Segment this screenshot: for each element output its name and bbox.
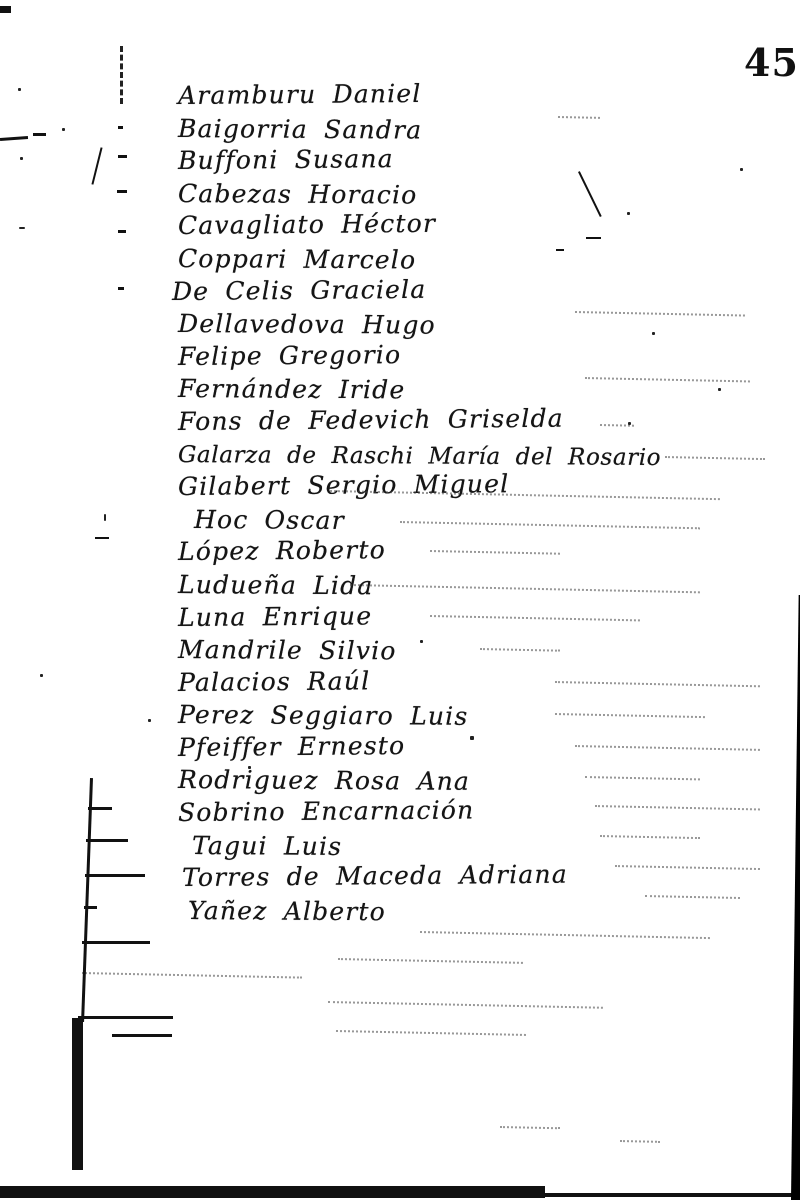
- scan-artifact-line: [82, 972, 302, 979]
- handwritten-name-list: Aramburu Daniel Baigorria Sandra Buffoni…: [178, 80, 738, 927]
- scan-artifact-line: [420, 931, 710, 939]
- scan-artifact-line: [328, 1001, 603, 1009]
- handwritten-name-25: Torres de Maceda Adriana: [182, 857, 738, 894]
- handwritten-name-23: Sobrino Encarnación: [178, 792, 738, 829]
- scan-artifact: [40, 674, 43, 677]
- handwritten-name-7: De Celis Graciela: [172, 271, 738, 309]
- handwritten-name-11: Fons de Fedevich Griselda: [178, 401, 738, 438]
- scan-artifact: [628, 422, 631, 425]
- handwritten-name-3: Buffoni Susana: [178, 140, 738, 177]
- scan-artifact: [104, 514, 106, 521]
- scan-artifact: [112, 1034, 172, 1037]
- scan-artifact-line: [338, 958, 523, 964]
- scan-artifact: [82, 941, 150, 944]
- handwritten-name-26: Yañez Alberto: [188, 895, 738, 931]
- scan-artifact: [118, 155, 127, 158]
- handwritten-name-1: Aramburu Daniel: [178, 75, 738, 112]
- scan-artifact: [118, 126, 123, 129]
- scan-artifact: [62, 128, 65, 131]
- scan-artifact: [120, 46, 123, 104]
- scan-artifact: [88, 807, 112, 810]
- scan-artifact: [72, 1018, 83, 1170]
- scan-artifact: [81, 778, 93, 1022]
- handwritten-name-19: Palacios Raúl: [178, 662, 738, 699]
- scan-artifact-line: [336, 1030, 526, 1036]
- page-number: 45: [744, 40, 799, 85]
- scan-artifact: [95, 537, 109, 539]
- scan-artifact: [0, 6, 11, 13]
- scan-artifact: [740, 168, 743, 171]
- scan-artifact: [420, 640, 423, 643]
- scan-artifact: [78, 1016, 173, 1019]
- scanned-page: 45 Aramburu Daniel Baigorria Sandra Buff…: [0, 0, 800, 1200]
- scan-artifact: [118, 230, 126, 233]
- scan-artifact-right-edge: [791, 595, 800, 1200]
- handwritten-name-5: Cavagliato Héctor: [178, 205, 738, 242]
- scan-artifact: [20, 157, 23, 160]
- scan-artifact: [470, 736, 474, 740]
- handwritten-name-9: Felipe Gregorio: [178, 336, 738, 373]
- scan-artifact: [118, 287, 124, 290]
- scan-artifact: [652, 332, 655, 335]
- scan-artifact: [91, 147, 102, 184]
- scan-artifact: [19, 227, 25, 229]
- scan-artifact: [117, 190, 127, 193]
- scan-artifact: [586, 237, 601, 239]
- scan-artifact: [84, 906, 97, 909]
- scan-artifact: [627, 212, 630, 215]
- scan-artifact: [148, 719, 151, 722]
- scan-artifact: [556, 249, 564, 251]
- scan-artifact: [18, 88, 21, 91]
- scan-artifact-line: [620, 1140, 660, 1143]
- scan-artifact: [33, 133, 46, 136]
- scan-artifact: [718, 388, 721, 391]
- scan-artifact-bottom-bar: [450, 1193, 800, 1197]
- scan-artifact-line: [500, 1126, 560, 1129]
- scan-artifact: [85, 874, 145, 877]
- scan-artifact: [86, 839, 128, 842]
- scan-artifact: [0, 136, 28, 141]
- scan-artifact: [248, 766, 251, 769]
